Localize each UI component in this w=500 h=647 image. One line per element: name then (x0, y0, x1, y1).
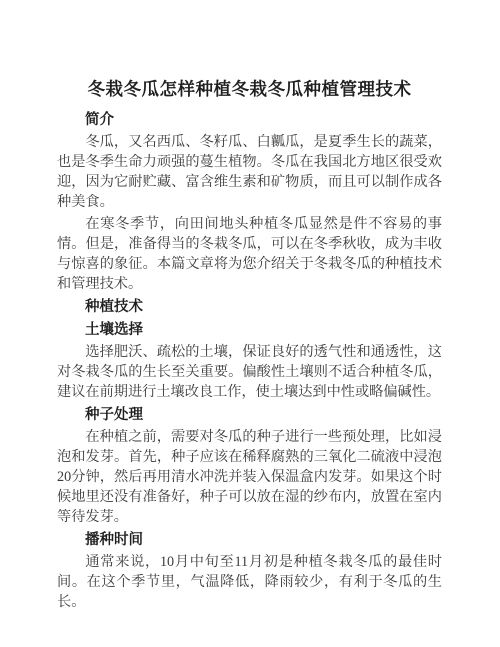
document-body: 简介冬瓜，又名西瓜、冬籽瓜、白瓤瓜，是夏季生长的蔬菜，也是冬季生命力顽强的蔓生植… (57, 110, 442, 612)
paragraph: 在寒冬季节，向田间地头种植冬瓜显然是件不容易的事情。但是，准备得当的冬栽冬瓜，可… (57, 214, 442, 294)
section-heading: 简介 (85, 110, 442, 130)
paragraph: 在种植之前，需要对冬瓜的种子进行一些预处理，比如浸泡和发芽。首先，种子应该在稀释… (57, 427, 442, 527)
document-title: 冬栽冬瓜怎样种植冬栽冬瓜种植管理技术 (57, 78, 442, 100)
paragraph: 选择肥沃、疏松的土壤，保证良好的透气性和通透性，这对冬栽冬瓜的生长至关重要。偏酸… (57, 342, 442, 402)
section-heading: 土壤选择 (85, 320, 442, 340)
paragraph: 通常来说，10月中旬至11月初是种植冬栽冬瓜的最佳时间。在这个季节里，气温降低，… (57, 552, 442, 612)
document-page: 冬栽冬瓜怎样种植冬栽冬瓜种植管理技术 简介冬瓜，又名西瓜、冬籽瓜、白瓤瓜，是夏季… (0, 0, 500, 647)
paragraph: 冬瓜，又名西瓜、冬籽瓜、白瓤瓜，是夏季生长的蔬菜，也是冬季生命力顽强的蔓生植物。… (57, 132, 442, 212)
section-heading: 种子处理 (85, 405, 442, 425)
section-heading: 播种时间 (85, 530, 442, 550)
section-heading: 种植技术 (85, 297, 442, 317)
